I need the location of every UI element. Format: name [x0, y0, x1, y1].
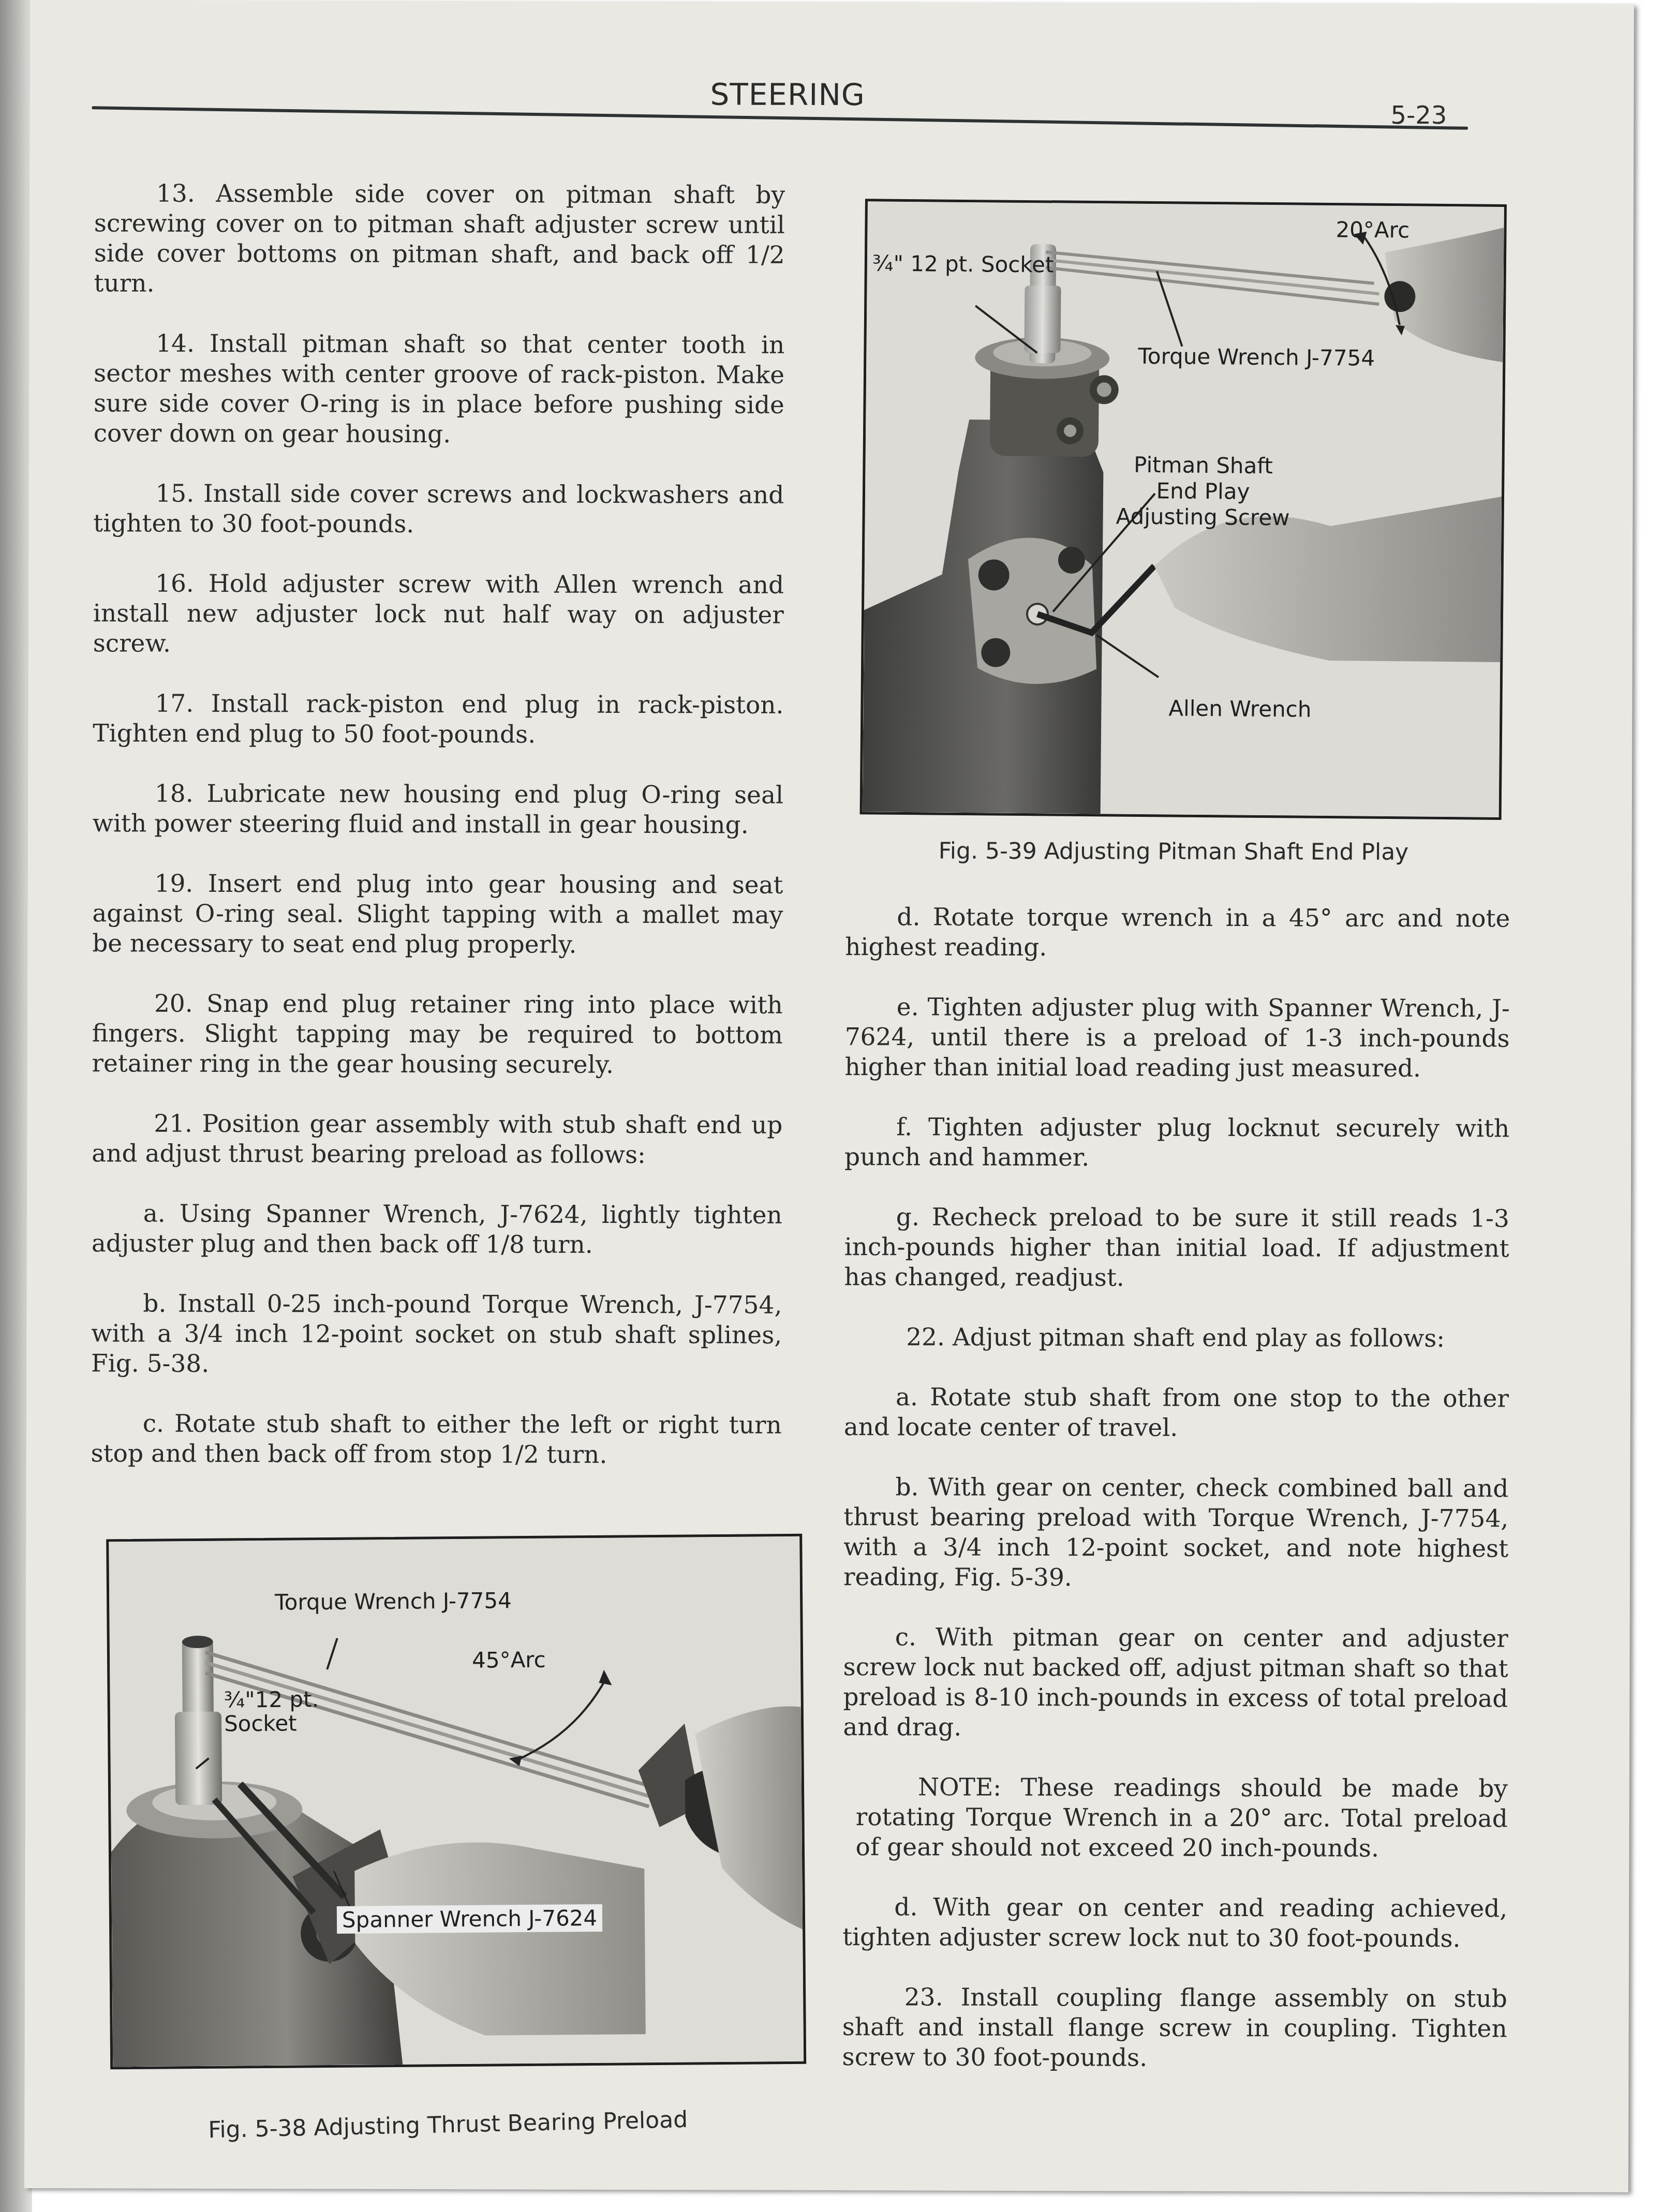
- step-16: 16. Hold adjuster screw with Allen wrenc…: [93, 569, 784, 660]
- label-allen-wrench: Allen Wrench: [1168, 695, 1311, 722]
- label-adjusting-screw-line1: Pitman Shaft: [1116, 452, 1290, 479]
- label-socket-line2: Socket: [224, 1711, 319, 1736]
- step-13: 13. Assemble side cover on pitman shaft …: [94, 178, 785, 300]
- label-spanner-wrench: Spanner Wrench J-7624: [337, 1904, 603, 1934]
- step-21a: a. Using Spanner Wrench, J-7624, lightly…: [92, 1199, 782, 1260]
- label-20-arc: 20°Arc: [1335, 217, 1409, 243]
- right-column: d. Rotate torque wrench in a 45° arc and…: [842, 902, 1510, 2104]
- step-21f: f. Tighten adjuster plug locknut securel…: [844, 1112, 1509, 1174]
- step-20: 20. Snap end plug retainer ring into pla…: [92, 989, 783, 1080]
- step-21e: e. Tighten adjuster plug with Spanner Wr…: [845, 992, 1510, 1084]
- label-torque-wrench: Torque Wrench J-7754: [275, 1588, 512, 1615]
- label-adjusting-screw-line2: End Play: [1116, 477, 1290, 505]
- step-21d: d. Rotate torque wrench in a 45° arc and…: [845, 902, 1510, 964]
- section-title: STEERING: [710, 77, 865, 112]
- step-23: 23. Install coupling flange assembly on …: [842, 1982, 1507, 2074]
- label-adjusting-screw: Pitman Shaft End Play Adjusting Screw: [1116, 452, 1290, 531]
- gear-photo-5-38: [109, 1536, 804, 2067]
- step-19: 19. Insert end plug into gear housing an…: [92, 869, 783, 960]
- note: NOTE: These readings should be made by r…: [856, 1772, 1508, 1864]
- step-22c: c. With pitman gear on center and adjust…: [843, 1622, 1508, 1744]
- figure-5-39-caption: Fig. 5-39 Adjusting Pitman Shaft End Pla…: [939, 838, 1409, 865]
- step-18: 18. Lubricate new housing end plug O-rin…: [93, 779, 783, 840]
- figure-5-38: Torque Wrench J-7754 45°Arc ¾"12 pt. Soc…: [106, 1534, 806, 2070]
- step-17: 17. Install rack-piston end plug in rack…: [93, 689, 783, 750]
- manual-page: STEERING 5-23 13. Assemble side cover on…: [24, 0, 1634, 2192]
- label-45-arc: 45°Arc: [472, 1647, 546, 1673]
- step-22a: a. Rotate stub shaft from one stop to th…: [844, 1382, 1509, 1444]
- step-21g: g. Recheck preload to be sure it still r…: [844, 1202, 1509, 1294]
- step-21: 21. Position gear assembly with stub sha…: [92, 1109, 782, 1170]
- step-22: 22. Adjust pitman shaft end play as foll…: [844, 1322, 1509, 1354]
- label-adjusting-screw-line3: Adjusting Screw: [1116, 503, 1289, 531]
- step-14: 14. Install pitman shaft so that center …: [94, 328, 785, 450]
- step-22d: d. With gear on center and reading achie…: [842, 1892, 1507, 1954]
- figure-5-38-caption: Fig. 5-38 Adjusting Thrust Bearing Prelo…: [208, 2106, 688, 2143]
- step-22b: b. With gear on center, check combined b…: [843, 1472, 1509, 1594]
- figure-5-39: 20°Arc ¾" 12 pt. Socket Torque Wrench J-…: [860, 199, 1507, 820]
- label-socket-line1: ¾"12 pt.: [224, 1687, 319, 1712]
- label-torque-wrench: Torque Wrench J-7754: [1138, 343, 1375, 371]
- step-21c: c. Rotate stub shaft to either the left …: [91, 1409, 782, 1470]
- label-socket: ¾"12 pt. Socket: [224, 1687, 319, 1736]
- left-column: 13. Assemble side cover on pitman shaft …: [91, 178, 785, 1500]
- step-21b: b. Install 0-25 inch-pound Torque Wrench…: [91, 1289, 782, 1380]
- step-15: 15. Install side cover screws and lockwa…: [93, 479, 784, 540]
- label-socket: ¾" 12 pt. Socket: [872, 250, 1054, 277]
